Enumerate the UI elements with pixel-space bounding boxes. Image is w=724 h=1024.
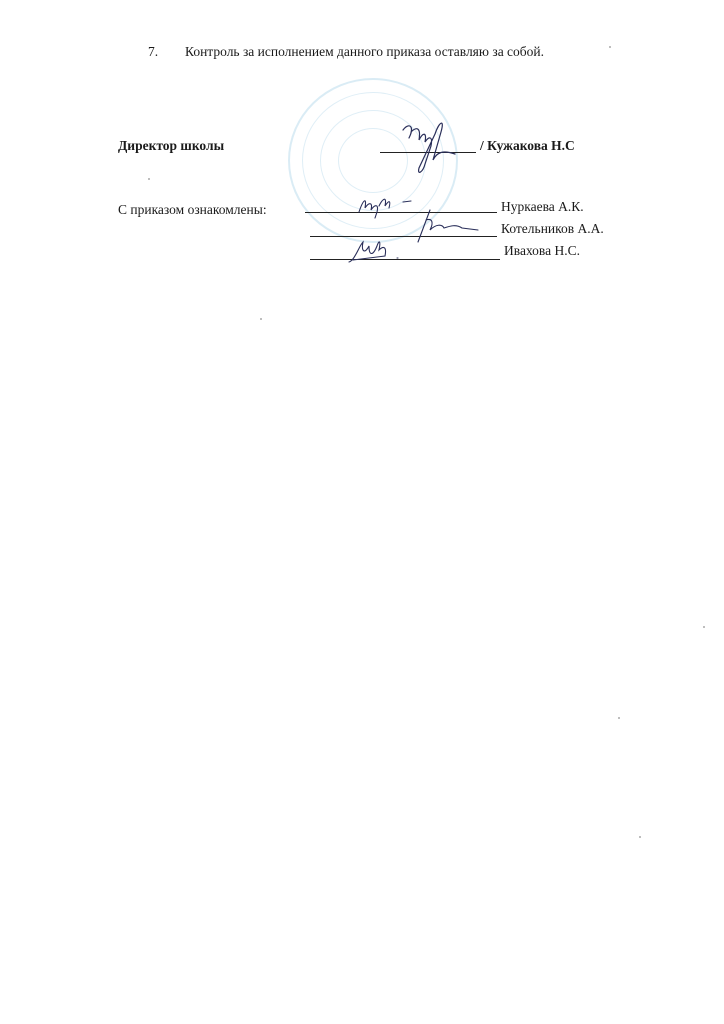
director-label: Директор школы: [118, 138, 224, 154]
item-number: 7.: [148, 44, 158, 60]
acknowledged-label: С приказом ознакомлены:: [118, 202, 267, 218]
scan-speck: [609, 46, 611, 48]
signatory-name-3: Ивахова Н.С.: [504, 243, 580, 259]
signatory-name-2: Котельников А.А.: [501, 221, 604, 237]
scan-speck: [639, 836, 641, 838]
scan-speck: [618, 717, 620, 719]
director-signature: [395, 112, 475, 192]
signature-3: [345, 236, 415, 266]
scan-speck: [148, 178, 150, 180]
scan-speck: [260, 318, 262, 320]
signature-2: [412, 206, 502, 246]
signatory-name-1: Нуркаева А.К.: [501, 199, 584, 215]
scan-speck: [703, 626, 705, 628]
director-name: / Кужакова Н.С: [480, 138, 575, 154]
item-text: Контроль за исполнением данного приказа …: [185, 44, 544, 60]
